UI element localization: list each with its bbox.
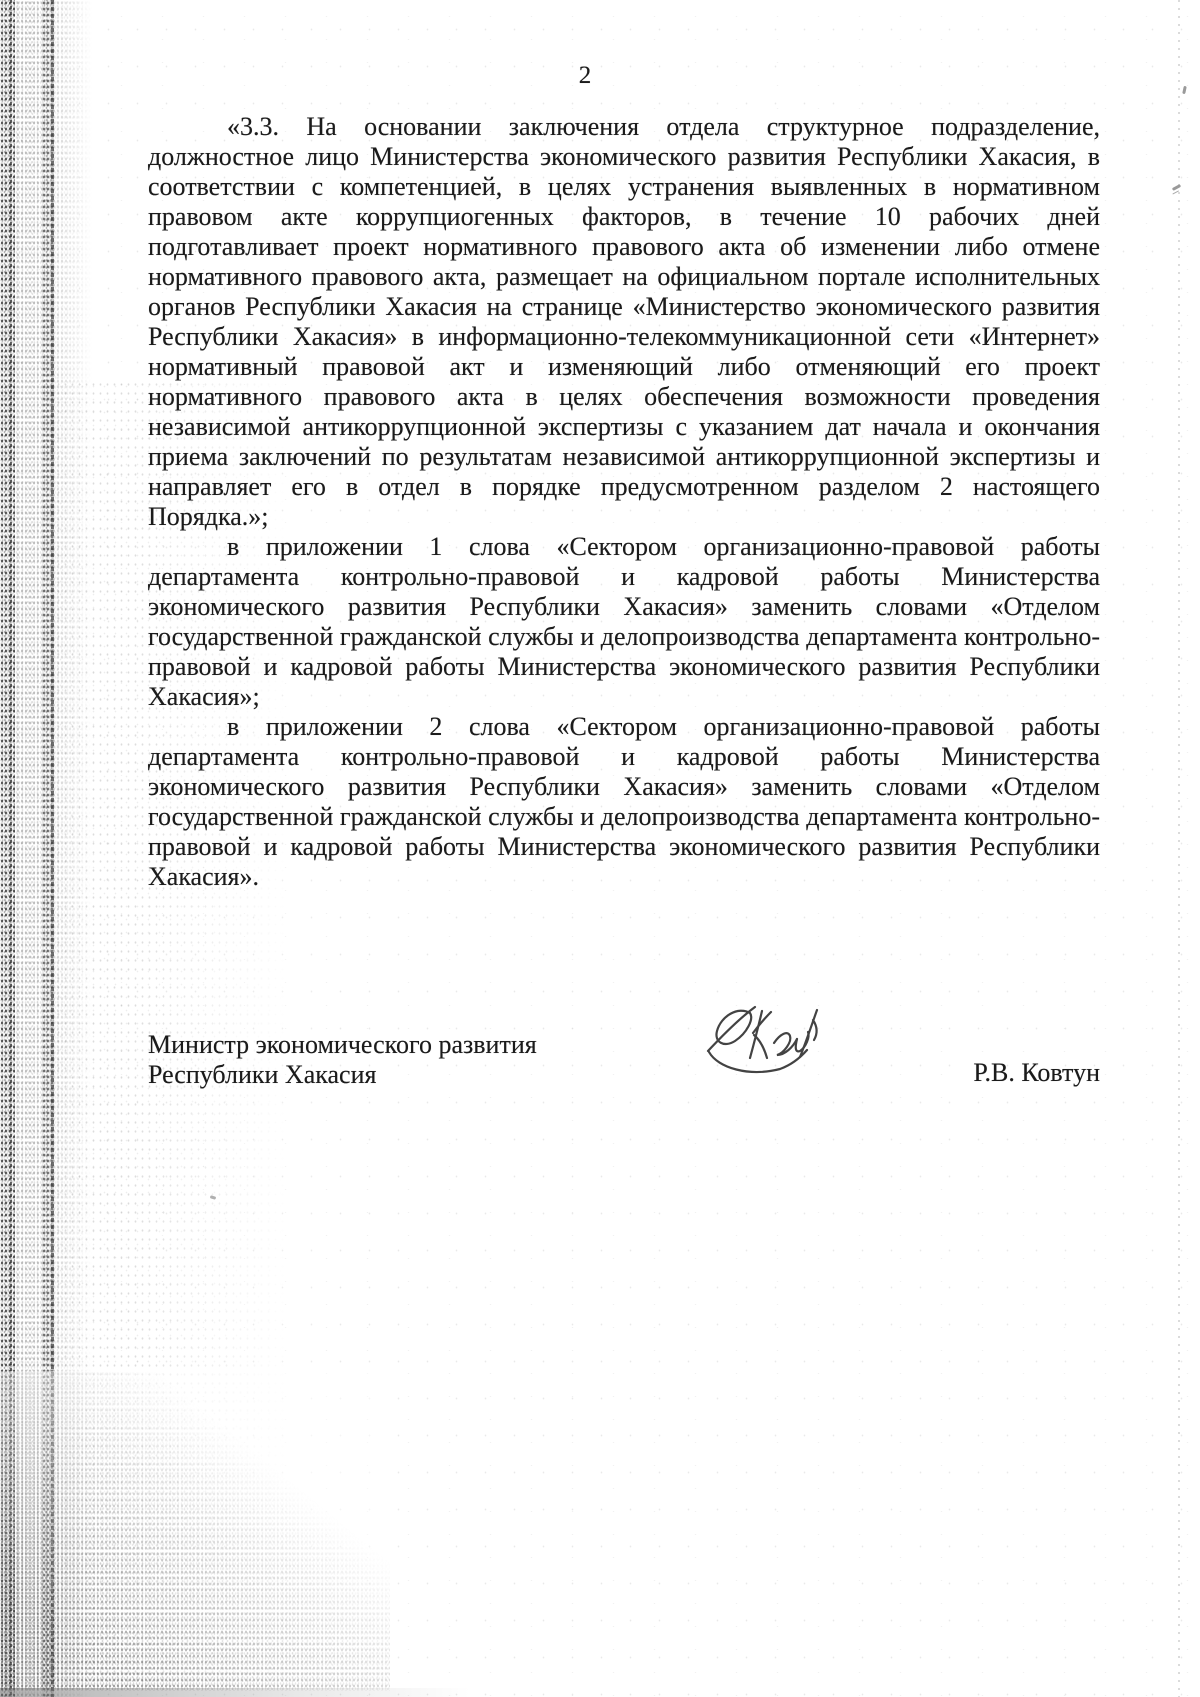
signatory-name: Р.В. Ковтун (900, 1058, 1100, 1088)
paragraph-annex-1: в приложении 1 слова «Сектором организац… (148, 532, 1100, 712)
scanned-document-page: 2 «3.3. На основании заключения отдела с… (0, 0, 1200, 1697)
scan-bottom-left-speckle (0, 1371, 390, 1691)
signatory-position-line1: Министр экономического развития (148, 1030, 537, 1060)
paragraph-annex-2: в приложении 2 слова «Сектором организац… (148, 712, 1100, 892)
page-number: 2 (0, 62, 1170, 90)
handwritten-signature-icon (694, 998, 839, 1093)
document-body: «3.3. На основании заключения отдела стр… (148, 112, 1100, 892)
scan-right-edge-dotted-line (1178, 0, 1180, 1697)
signatory-position: Министр экономического развития Республи… (148, 1030, 537, 1090)
paragraph-clause-3-3: «3.3. На основании заключения отдела стр… (148, 112, 1100, 532)
scan-artifact-mark (1182, 86, 1187, 94)
signatory-position-line2: Республики Хакасия (148, 1060, 537, 1090)
scan-bottom-edge-shadow (0, 1688, 470, 1697)
